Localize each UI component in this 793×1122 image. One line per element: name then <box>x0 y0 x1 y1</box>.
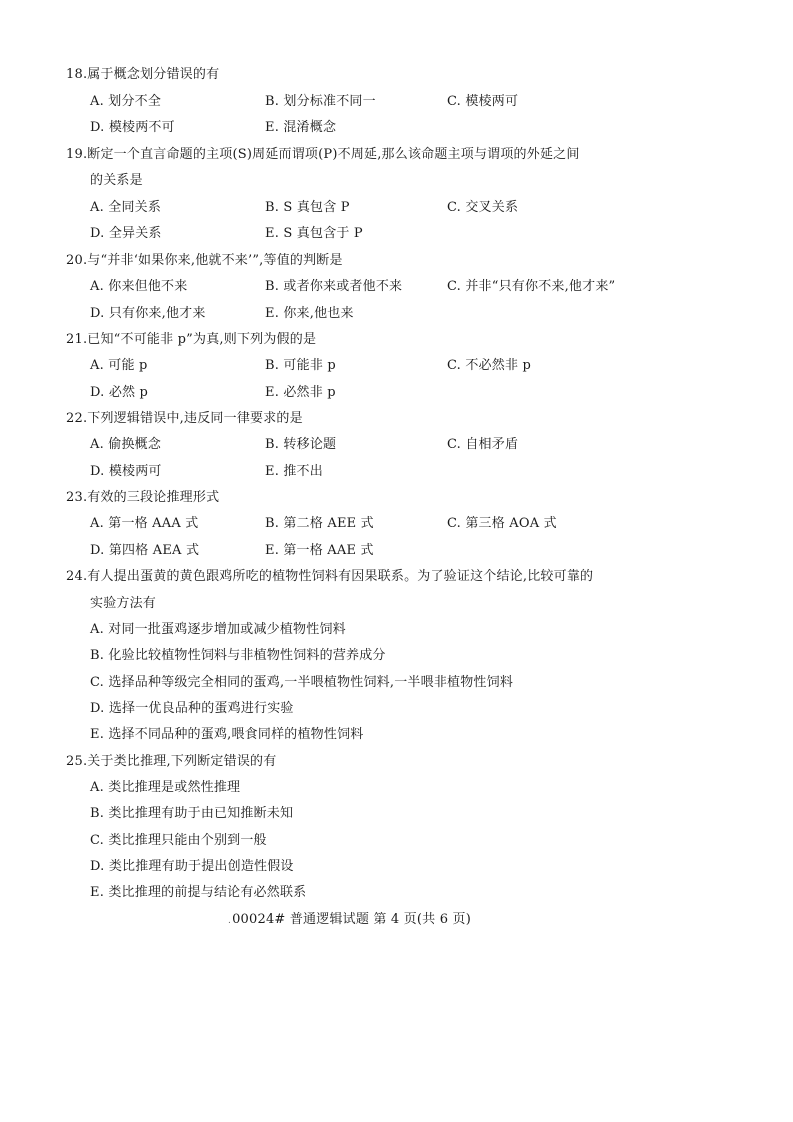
option-c: C. 选择品种等级完全相同的蛋鸡,一半喂植物性饲料,一半喂非植物性饲料 <box>90 675 513 691</box>
question-text: 下列逻辑错误中,违反同一律要求的是 <box>87 411 303 426</box>
option-a: A. 划分不全 <box>90 94 161 110</box>
option-b: B. 第二格 AEE 式 <box>265 516 374 532</box>
question-number: 21. <box>66 332 87 347</box>
question-number: 24. <box>66 569 87 584</box>
option-c: C. 类比推理只能由个别到一般 <box>90 833 267 849</box>
question-stem: 24.有人提出蛋黄的黄色跟鸡所吃的植物性饲料有因果联系。为了验证这个结论,比较可… <box>66 569 593 585</box>
option-c: C. 第三格 AOA 式 <box>447 516 557 532</box>
question-text-continued: 实验方法有 <box>90 596 156 612</box>
question-stem: 25.关于类比推理,下列断定错误的有 <box>66 754 276 770</box>
question-number: 22. <box>66 411 87 426</box>
option-e: E. 你来,他也来 <box>265 306 354 322</box>
option-a: A. 可能 p <box>90 358 148 374</box>
option-a: A. 类比推理是或然性推理 <box>90 780 240 796</box>
option-e: E. 选择不同品种的蛋鸡,喂食同样的植物性饲料 <box>90 727 364 743</box>
question-stem: 22.下列逻辑错误中,违反同一律要求的是 <box>66 411 303 427</box>
question-stem: 18.属于概念划分错误的有 <box>66 67 219 83</box>
option-d: D. 必然 p <box>90 385 148 401</box>
question-stem: 23.有效的三段论推理形式 <box>66 490 219 506</box>
option-a: A. 全同关系 <box>90 200 161 216</box>
option-e: E. 混淆概念 <box>265 120 336 136</box>
footer-dot-mark: . <box>228 916 231 926</box>
option-b: B. S 真包含 P <box>265 200 350 216</box>
option-b: B. 转移论题 <box>265 437 336 453</box>
option-c: C. 交叉关系 <box>447 200 518 216</box>
option-e: E. S 真包含于 P <box>265 226 363 242</box>
question-number: 25. <box>66 754 87 769</box>
exam-page: 18.属于概念划分错误的有 A. 划分不全 B. 划分标准不同一 C. 模棱两可… <box>0 0 793 1122</box>
question-text: 关于类比推理,下列断定错误的有 <box>87 754 276 769</box>
option-e: E. 推不出 <box>265 464 323 480</box>
option-b: B. 类比推理有助于由已知推断未知 <box>90 806 293 822</box>
option-a: A. 你来但他不来 <box>90 279 187 295</box>
question-stem: 21.已知“不可能非 p”为真,则下列为假的是 <box>66 332 316 348</box>
question-text: 断定一个直言命题的主项(S)周延而谓项(P)不周延,那么该命题主项与谓项的外延之… <box>87 147 579 162</box>
option-d: D. 类比推理有助于提出创造性假设 <box>90 859 294 875</box>
option-b: B. 划分标准不同一 <box>265 94 376 110</box>
option-e: E. 类比推理的前提与结论有必然联系 <box>90 885 306 901</box>
option-b: B. 可能非 p <box>265 358 336 374</box>
option-d: D. 全异关系 <box>90 226 162 242</box>
option-d: D. 第四格 AEA 式 <box>90 543 199 559</box>
question-text-continued: 的关系是 <box>90 173 143 189</box>
page-footer: .00024# 普通逻辑试题 第 4 页(共 6 页) <box>228 912 471 929</box>
option-c: C. 并非“只有你不来,他才来” <box>447 279 615 295</box>
option-c: C. 模棱两可 <box>447 94 518 110</box>
option-e: E. 第一格 AAE 式 <box>265 543 374 559</box>
option-a: A. 第一格 AAA 式 <box>90 516 198 532</box>
question-text: 已知“不可能非 p”为真,则下列为假的是 <box>87 332 316 347</box>
option-d: D. 模棱两可 <box>90 464 162 480</box>
question-number: 20. <box>66 253 87 268</box>
question-text: 属于概念划分错误的有 <box>87 67 219 82</box>
option-d: D. 只有你来,他才来 <box>90 306 206 322</box>
option-a: A. 对同一批蛋鸡逐步增加或减少植物性饲料 <box>90 622 346 638</box>
option-a: A. 偷换概念 <box>90 437 161 453</box>
footer-text: 00024# 普通逻辑试题 第 4 页(共 6 页) <box>232 912 471 927</box>
question-text: 与“并非‘如果你来,他就不来’”,等值的判断是 <box>87 253 342 268</box>
option-d: D. 模棱两不可 <box>90 120 175 136</box>
question-text: 有人提出蛋黄的黄色跟鸡所吃的植物性饲料有因果联系。为了验证这个结论,比较可靠的 <box>87 569 593 584</box>
option-b: B. 或者你来或者他不来 <box>265 279 402 295</box>
question-number: 18. <box>66 67 87 82</box>
question-number: 23. <box>66 490 87 505</box>
option-b: B. 化验比较植物性饲料与非植物性饲料的营养成分 <box>90 648 386 664</box>
option-c: C. 不必然非 p <box>447 358 531 374</box>
option-c: C. 自相矛盾 <box>447 437 518 453</box>
question-stem: 20.与“并非‘如果你来,他就不来’”,等值的判断是 <box>66 253 343 269</box>
option-e: E. 必然非 p <box>265 385 336 401</box>
option-d: D. 选择一优良品种的蛋鸡进行实验 <box>90 701 294 717</box>
question-number: 19. <box>66 147 87 162</box>
question-text: 有效的三段论推理形式 <box>87 490 219 505</box>
question-stem: 19.断定一个直言命题的主项(S)周延而谓项(P)不周延,那么该命题主项与谓项的… <box>66 147 580 163</box>
